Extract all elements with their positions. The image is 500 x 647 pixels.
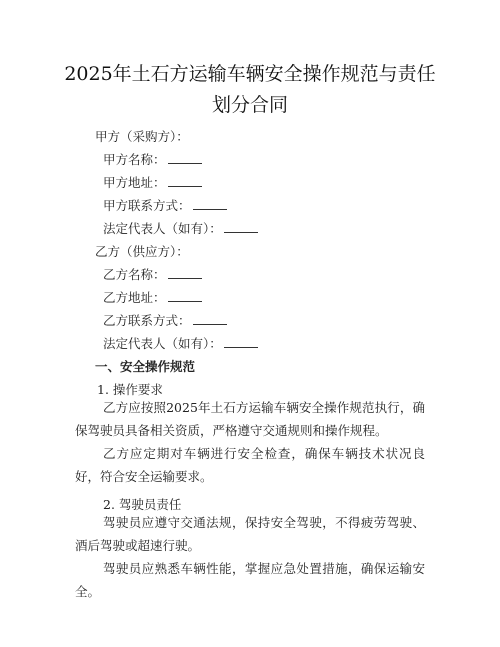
- party-b-header: 乙方（供应方）：: [95, 244, 189, 260]
- section1-heading: 一、安全操作规范: [95, 359, 195, 375]
- party-b-rep-row: 法定代表人（如有）：: [103, 336, 258, 352]
- party-a-header: 甲方（采购方）：: [95, 129, 189, 145]
- party-b-name-blank[interactable]: [168, 268, 202, 279]
- section1-sub2-para1: 驾驶员应遵守交通法规，保持安全驾驶，不得疲劳驾驶、酒后驾驶或超速行驶。: [75, 511, 425, 557]
- section1-sub1-para1: 乙方应按照2025年土石方运输车辆安全操作规范执行，确保驾驶员具备相关资质，严格…: [75, 396, 425, 442]
- party-a-name-blank[interactable]: [168, 153, 202, 164]
- party-a-address-label: 甲方地址：: [103, 175, 166, 190]
- party-a-contact-row: 甲方联系方式：: [103, 198, 227, 214]
- party-b-contact-row: 乙方联系方式：: [103, 313, 227, 329]
- party-a-address-blank[interactable]: [168, 176, 202, 187]
- party-a-name-row: 甲方名称：: [103, 152, 202, 168]
- party-b-contact-label: 乙方联系方式：: [103, 313, 191, 328]
- party-b-name-label: 乙方名称：: [103, 267, 166, 282]
- party-b-address-label: 乙方地址：: [103, 290, 166, 305]
- party-b-address-blank[interactable]: [168, 291, 202, 302]
- document-title-line2: 划分合同: [0, 93, 500, 117]
- party-a-rep-label: 法定代表人（如有）：: [103, 221, 222, 236]
- party-a-name-label: 甲方名称：: [103, 152, 166, 167]
- party-b-name-row: 乙方名称：: [103, 267, 202, 283]
- party-a-rep-blank[interactable]: [224, 222, 258, 233]
- party-a-address-row: 甲方地址：: [103, 175, 202, 191]
- party-a-rep-row: 法定代表人（如有）：: [103, 221, 258, 237]
- party-a-contact-blank[interactable]: [193, 199, 227, 210]
- party-a-contact-label: 甲方联系方式：: [103, 198, 191, 213]
- document-page: 2025年土石方运输车辆安全操作规范与责任 划分合同 甲方（采购方）： 甲方名称…: [0, 0, 500, 647]
- party-b-rep-blank[interactable]: [224, 337, 258, 348]
- section1-sub2-para2: 驾驶员应熟悉车辆性能，掌握应急处置措施，确保运输安全。: [75, 557, 425, 603]
- party-b-address-row: 乙方地址：: [103, 290, 202, 306]
- party-b-contact-blank[interactable]: [193, 314, 227, 325]
- document-title-line1: 2025年土石方运输车辆安全操作规范与责任: [0, 62, 500, 86]
- section1-sub1-para2: 乙方应定期对车辆进行安全检查，确保车辆技术状况良好，符合安全运输要求。: [75, 442, 425, 488]
- party-b-rep-label: 法定代表人（如有）：: [103, 336, 222, 351]
